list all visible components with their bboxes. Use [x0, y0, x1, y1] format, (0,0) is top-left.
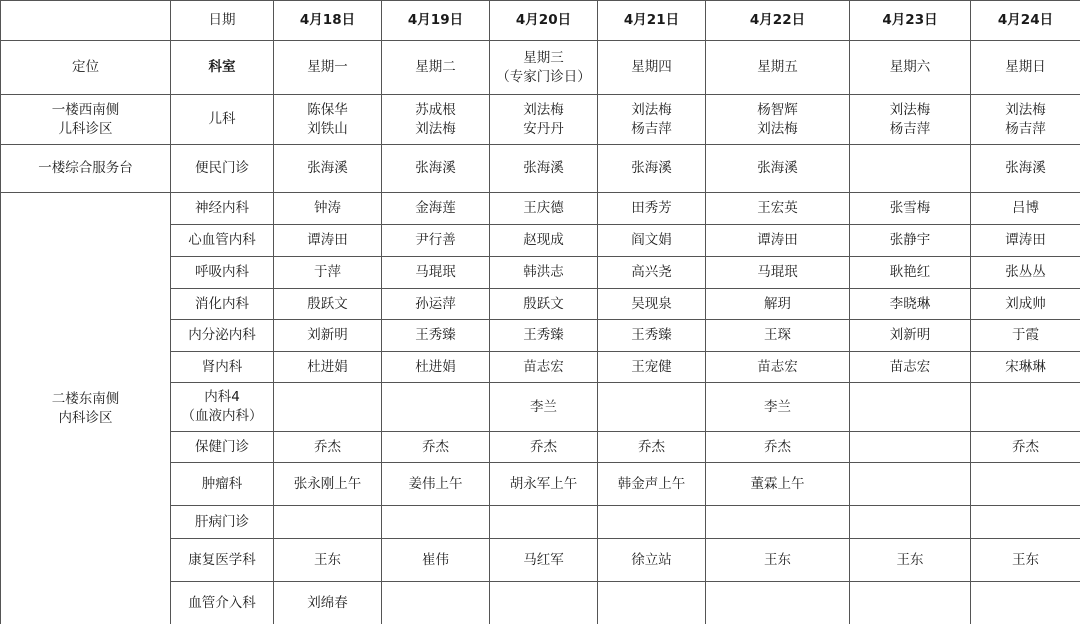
doctor-cell: 乔杰: [598, 432, 706, 463]
doctor-cell: 胡永军上午: [490, 463, 598, 506]
doctor-cell: 耿艳红: [850, 257, 971, 289]
department-cell: 血管介入科: [171, 582, 274, 624]
doctor-cell: [850, 463, 971, 506]
doctor-cell: 苏成根 刘法梅: [382, 95, 490, 145]
doctor-cell: [971, 582, 1080, 624]
doctor-cell: 马琨珉: [706, 257, 850, 289]
department-cell: 心血管内科: [171, 225, 274, 257]
doctor-cell: 苗志宏: [706, 352, 850, 383]
department-cell: 神经内科: [171, 193, 274, 225]
doctor-cell: 苗志宏: [850, 352, 971, 383]
doctor-cell: [850, 432, 971, 463]
doctor-cell: 孙运萍: [382, 289, 490, 320]
weekday-cell: 星期六: [850, 41, 971, 95]
doctor-cell: 李兰: [706, 383, 850, 432]
doctor-cell: 田秀芳: [598, 193, 706, 225]
doctor-cell: 谭涛田: [274, 225, 382, 257]
doctor-cell: [850, 383, 971, 432]
weekday-cell: 星期三 （专家门诊日）: [490, 41, 598, 95]
doctor-cell: 乔杰: [971, 432, 1080, 463]
doctor-cell: 解玥: [706, 289, 850, 320]
location-cell: 二楼东南侧 内科诊区: [1, 193, 171, 624]
weekday-cell: 星期二: [382, 41, 490, 95]
doctor-cell: 张海溪: [382, 145, 490, 193]
doctor-cell: 徐立站: [598, 539, 706, 582]
doctor-cell: [706, 582, 850, 624]
doctor-cell: 王秀臻: [382, 320, 490, 352]
doctor-cell: 张海溪: [490, 145, 598, 193]
department-cell: 保健门诊: [171, 432, 274, 463]
doctor-cell: 张静宇: [850, 225, 971, 257]
doctor-cell: 金海莲: [382, 193, 490, 225]
department-cell: 儿科: [171, 95, 274, 145]
doctor-cell: 乔杰: [274, 432, 382, 463]
doctor-cell: 吴现泉: [598, 289, 706, 320]
doctor-cell: 刘新明: [274, 320, 382, 352]
date-header-row: 日期 4月18日 4月19日 4月20日 4月21日 4月22日 4月23日 4…: [1, 1, 1080, 41]
weekday-header-row: 定位 科室 星期一 星期二 星期三 （专家门诊日） 星期四 星期五 星期六 星期…: [1, 41, 1080, 95]
doctor-cell: 张海溪: [706, 145, 850, 193]
doctor-cell: 乔杰: [706, 432, 850, 463]
doctor-cell: [598, 383, 706, 432]
doctor-cell: 谭涛田: [706, 225, 850, 257]
schedule-table: 日期 4月18日 4月19日 4月20日 4月21日 4月22日 4月23日 4…: [0, 0, 1080, 624]
table-row: 二楼东南侧 内科诊区 神经内科 钟涛 金海莲 王庆德 田秀芳 王宏英 张雪梅 吕…: [1, 193, 1080, 225]
doctor-cell: [382, 383, 490, 432]
doctor-cell: 苗志宏: [490, 352, 598, 383]
doctor-cell: 乔杰: [382, 432, 490, 463]
doctor-cell: 钟涛: [274, 193, 382, 225]
department-cell: 便民门诊: [171, 145, 274, 193]
weekday-cell: 星期一: [274, 41, 382, 95]
doctor-cell: 马红军: [490, 539, 598, 582]
doctor-cell: 赵现成: [490, 225, 598, 257]
date-cell: 4月19日: [382, 1, 490, 41]
doctor-cell: 李兰: [490, 383, 598, 432]
doctor-cell: 乔杰: [490, 432, 598, 463]
doctor-cell: 谭涛田: [971, 225, 1080, 257]
doctor-cell: [971, 463, 1080, 506]
table-row: 一楼西南侧 儿科诊区 儿科 陈保华 刘铁山 苏成根 刘法梅 刘法梅 安丹丹 刘法…: [1, 95, 1080, 145]
weekday-cell: 星期四: [598, 41, 706, 95]
date-cell: 4月18日: [274, 1, 382, 41]
doctor-cell: 杜进娟: [382, 352, 490, 383]
doctor-cell: 殷跃文: [274, 289, 382, 320]
department-cell: 消化内科: [171, 289, 274, 320]
location-cell: 一楼西南侧 儿科诊区: [1, 95, 171, 145]
location-cell: 一楼综合服务台: [1, 145, 171, 193]
location-label: 定位: [1, 41, 171, 95]
doctor-cell: 阎文娟: [598, 225, 706, 257]
doctor-cell: 王东: [706, 539, 850, 582]
doctor-cell: [850, 506, 971, 539]
doctor-cell: 陈保华 刘铁山: [274, 95, 382, 145]
doctor-cell: [490, 506, 598, 539]
doctor-cell: [598, 582, 706, 624]
doctor-cell: 张海溪: [598, 145, 706, 193]
doctor-cell: 张丛丛: [971, 257, 1080, 289]
doctor-cell: 刘法梅 杨吉萍: [850, 95, 971, 145]
date-cell: 4月20日: [490, 1, 598, 41]
date-cell: 4月23日: [850, 1, 971, 41]
department-cell: 肾内科: [171, 352, 274, 383]
doctor-cell: 刘新明: [850, 320, 971, 352]
department-label: 科室: [171, 41, 274, 95]
doctor-cell: 韩洪志: [490, 257, 598, 289]
doctor-cell: 于萍: [274, 257, 382, 289]
date-cell: 4月21日: [598, 1, 706, 41]
doctor-cell: 王琛: [706, 320, 850, 352]
doctor-cell: [850, 582, 971, 624]
table-row: 一楼综合服务台 便民门诊 张海溪 张海溪 张海溪 张海溪 张海溪 张海溪: [1, 145, 1080, 193]
department-cell: 肝病门诊: [171, 506, 274, 539]
date-cell: 4月22日: [706, 1, 850, 41]
doctor-cell: 刘绵春: [274, 582, 382, 624]
doctor-cell: [382, 506, 490, 539]
doctor-cell: 姜伟上午: [382, 463, 490, 506]
doctor-cell: 吕博: [971, 193, 1080, 225]
doctor-cell: 张海溪: [274, 145, 382, 193]
doctor-cell: [598, 506, 706, 539]
doctor-cell: [706, 506, 850, 539]
doctor-cell: 王宠健: [598, 352, 706, 383]
doctor-cell: [382, 582, 490, 624]
doctor-cell: 张永刚上午: [274, 463, 382, 506]
doctor-cell: 刘法梅 杨吉萍: [598, 95, 706, 145]
doctor-cell: 李晓琳: [850, 289, 971, 320]
doctor-cell: 王东: [971, 539, 1080, 582]
doctor-cell: 马琨珉: [382, 257, 490, 289]
doctor-cell: 尹行善: [382, 225, 490, 257]
doctor-cell: 董霖上午: [706, 463, 850, 506]
weekday-cell: 星期五: [706, 41, 850, 95]
department-cell: 呼吸内科: [171, 257, 274, 289]
doctor-cell: 王东: [850, 539, 971, 582]
doctor-cell: 崔伟: [382, 539, 490, 582]
doctor-cell: [274, 383, 382, 432]
date-cell: 4月24日: [971, 1, 1080, 41]
doctor-cell: 杜进娟: [274, 352, 382, 383]
doctor-cell: 王宏英: [706, 193, 850, 225]
department-cell: 肿瘤科: [171, 463, 274, 506]
doctor-cell: 王庆德: [490, 193, 598, 225]
doctor-cell: 韩金声上午: [598, 463, 706, 506]
department-cell: 内科4 （血液内科）: [171, 383, 274, 432]
doctor-cell: 王秀臻: [490, 320, 598, 352]
corner-cell: [1, 1, 171, 41]
doctor-cell: 王东: [274, 539, 382, 582]
doctor-cell: 于霞: [971, 320, 1080, 352]
doctor-cell: 高兴尧: [598, 257, 706, 289]
doctor-cell: [274, 506, 382, 539]
weekday-cell: 星期日: [971, 41, 1080, 95]
doctor-cell: 宋琳琳: [971, 352, 1080, 383]
doctor-cell: 刘法梅 安丹丹: [490, 95, 598, 145]
doctor-cell: 王秀臻: [598, 320, 706, 352]
doctor-cell: 杨智辉 刘法梅: [706, 95, 850, 145]
doctor-cell: 张雪梅: [850, 193, 971, 225]
doctor-cell: 殷跃文: [490, 289, 598, 320]
doctor-cell: 刘法梅 杨吉萍: [971, 95, 1080, 145]
doctor-cell: [850, 145, 971, 193]
doctor-cell: 张海溪: [971, 145, 1080, 193]
doctor-cell: 刘成帅: [971, 289, 1080, 320]
department-cell: 康复医学科: [171, 539, 274, 582]
department-cell: 内分泌内科: [171, 320, 274, 352]
doctor-cell: [971, 506, 1080, 539]
date-label: 日期: [171, 1, 274, 41]
doctor-cell: [490, 582, 598, 624]
doctor-cell: [971, 383, 1080, 432]
